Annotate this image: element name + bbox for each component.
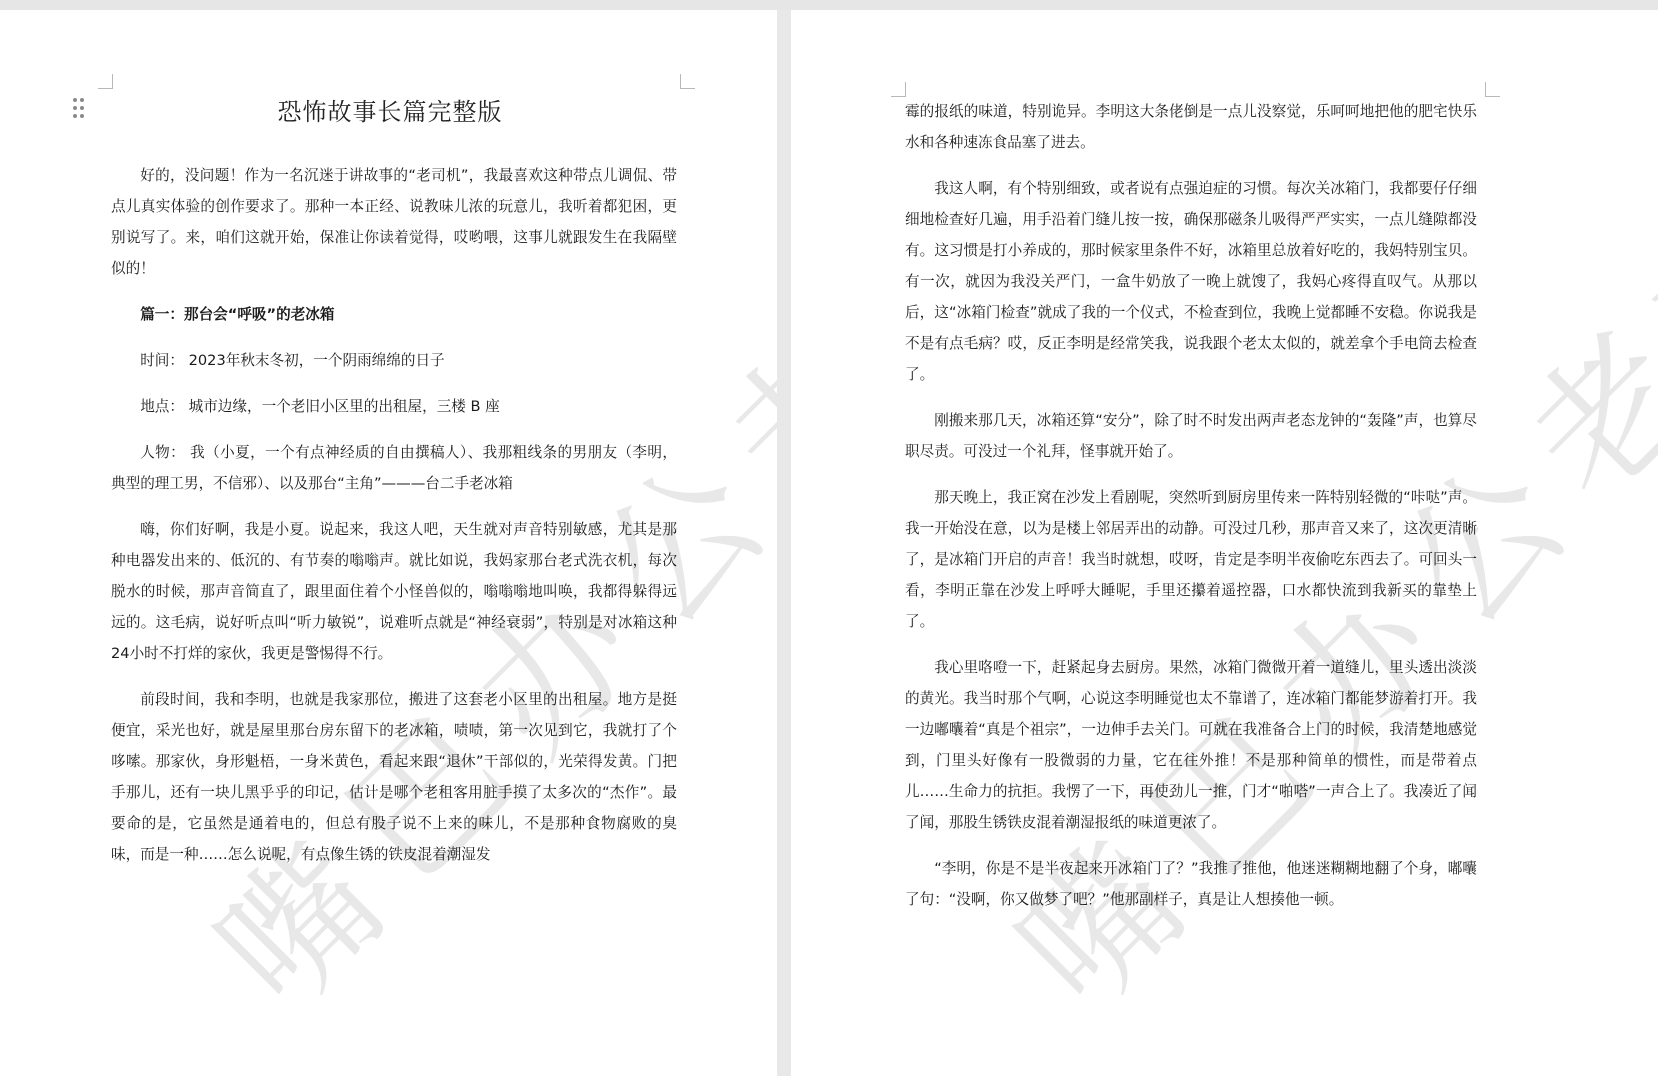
- document-body-right[interactable]: 霉的报纸的味道，特别诡异。李明这大条佬倒是一点儿没察觉，乐呵呵地把他的肥宅快乐水…: [905, 96, 1477, 930]
- paragraph: 那天晚上，我正窝在沙发上看剧呢，突然听到厨房里传来一阵特别轻微的“咔哒”声。我一…: [905, 482, 1477, 637]
- margin-corner-mark: [680, 74, 695, 89]
- paragraph: 时间： 2023年秋末冬初，一个阴雨绵绵的日子: [111, 345, 677, 376]
- margin-corner-mark: [98, 74, 113, 89]
- margin-corner-mark: [891, 82, 906, 97]
- paragraph: 刚搬来那几天，冰箱还算“安分”，除了时不时发出两声老态龙钟的“轰隆”声，也算尽职…: [905, 405, 1477, 467]
- paragraph: 前段时间，我和李明，也就是我家那位，搬进了这套老小区里的出租屋。地方是挺便宜，采…: [111, 684, 677, 870]
- document-page-left[interactable]: 恐怖故事长篇完整版 嘴巴办公老亭 好的，没问题！作为一名沉迷于讲故事的“老司机”…: [0, 10, 777, 1076]
- document-body-left[interactable]: 好的，没问题！作为一名沉迷于讲故事的“老司机”，我最喜欢这种带点儿调侃、带点儿真…: [111, 160, 677, 885]
- paragraph: “李明，你是不是半夜起来开冰箱门了？”我推了推他，他迷迷糊糊地翻了个身，嘟囔了句…: [905, 853, 1477, 915]
- drag-handle-icon[interactable]: [73, 98, 85, 122]
- paragraph: 好的，没问题！作为一名沉迷于讲故事的“老司机”，我最喜欢这种带点儿调侃、带点儿真…: [111, 160, 677, 284]
- margin-corner-mark: [1485, 82, 1500, 97]
- paragraph: 我心里咯噔一下，赶紧起身去厨房。果然，冰箱门微微开着一道缝儿，里头透出淡淡的黄光…: [905, 652, 1477, 838]
- paragraph: 嗨，你们好啊，我是小夏。说起来，我这人吧，天生就对声音特别敏感，尤其是那种电器发…: [111, 514, 677, 669]
- document-page-right[interactable]: 嘴巴办公老亭 霉的报纸的味道，特别诡异。李明这大条佬倒是一点儿没察觉，乐呵呵地把…: [791, 10, 1658, 1076]
- paragraph: 人物： 我（小夏，一个有点神经质的自由撰稿人）、我那粗线条的男朋友（李明，典型的…: [111, 437, 677, 499]
- paragraph: 我这人啊，有个特别细致，或者说有点强迫症的习惯。每次关冰箱门，我都要仔仔细细地检…: [905, 173, 1477, 390]
- paragraph: 霉的报纸的味道，特别诡异。李明这大条佬倒是一点儿没察觉，乐呵呵地把他的肥宅快乐水…: [905, 96, 1477, 158]
- paragraph: 地点： 城市边缘，一个老旧小区里的出租屋，三楼 B 座: [111, 391, 677, 422]
- section-heading: 篇一：那台会“呼吸”的老冰箱: [111, 299, 677, 330]
- document-title: 恐怖故事长篇完整版: [110, 92, 670, 127]
- window-top-strip: [0, 0, 1658, 10]
